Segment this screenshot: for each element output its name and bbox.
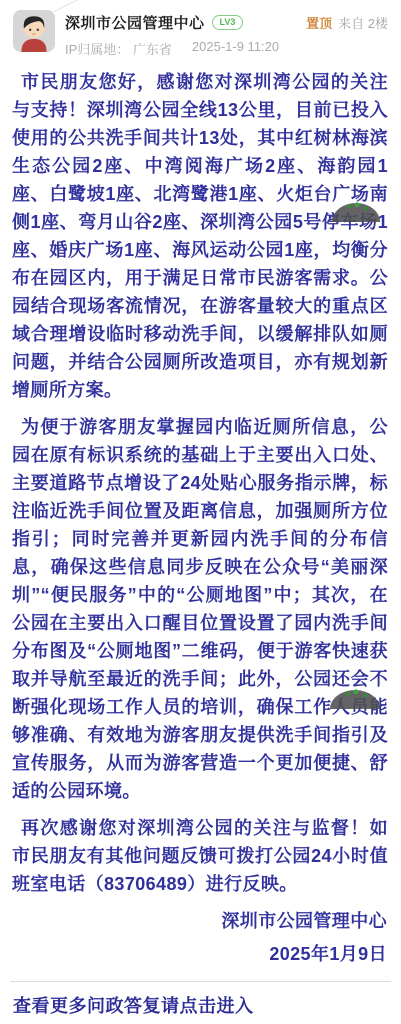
view-more-replies-link[interactable]: 查看更多问政答复请点击进入 — [0, 982, 401, 1018]
reply-post-card: 深圳市公园管理中心 LV3 置顶 来自 2楼 IP归属地： 广东省 2025-1… — [0, 0, 401, 1024]
avatar[interactable] — [13, 10, 55, 52]
level-badge: LV3 — [212, 15, 244, 30]
body-paragraph: 再次感谢您对深圳湾公园的关注与监督！如市民朋友有其他问题反馈可拨打公园24小时值… — [12, 814, 388, 898]
body-paragraph: 市民朋友您好，感谢您对深圳湾公园的关注与支持！深圳湾公园全线13公里，目前已投入… — [12, 68, 388, 404]
signature-date: 2025年1月9日 — [12, 940, 388, 968]
pinned-badge: 置顶 — [306, 13, 332, 32]
header-main: 深圳市公园管理中心 LV3 置顶 来自 2楼 IP归属地： 广东省 2025-1… — [65, 10, 388, 58]
name-row: 深圳市公园管理中心 LV3 置顶 来自 2楼 — [65, 12, 388, 33]
header-right: 置顶 来自 2楼 — [306, 13, 388, 32]
post-footer: 查看更多问政答复请点击进入 — [0, 981, 401, 1024]
floor-label: 来自 2楼 — [338, 13, 388, 32]
post-body: 市民朋友您好，感谢您对深圳湾公园的关注与支持！深圳湾公园全线13公里，目前已投入… — [0, 58, 401, 968]
ip-location-label: IP归属地： 广东省 — [65, 39, 172, 58]
cartoon-boy-avatar-icon — [13, 10, 55, 52]
author-name[interactable]: 深圳市公园管理中心 — [65, 12, 205, 33]
signature-org: 深圳市公园管理中心 — [12, 907, 388, 935]
meta-row: IP归属地： 广东省 2025-1-9 11:20 — [65, 39, 388, 58]
post-timestamp: 2025-1-9 11:20 — [192, 39, 279, 58]
body-paragraph: 为便于游客朋友掌握园内临近厕所信息，公园在原有标识系统的基础上于主要出入口处、主… — [12, 413, 388, 805]
